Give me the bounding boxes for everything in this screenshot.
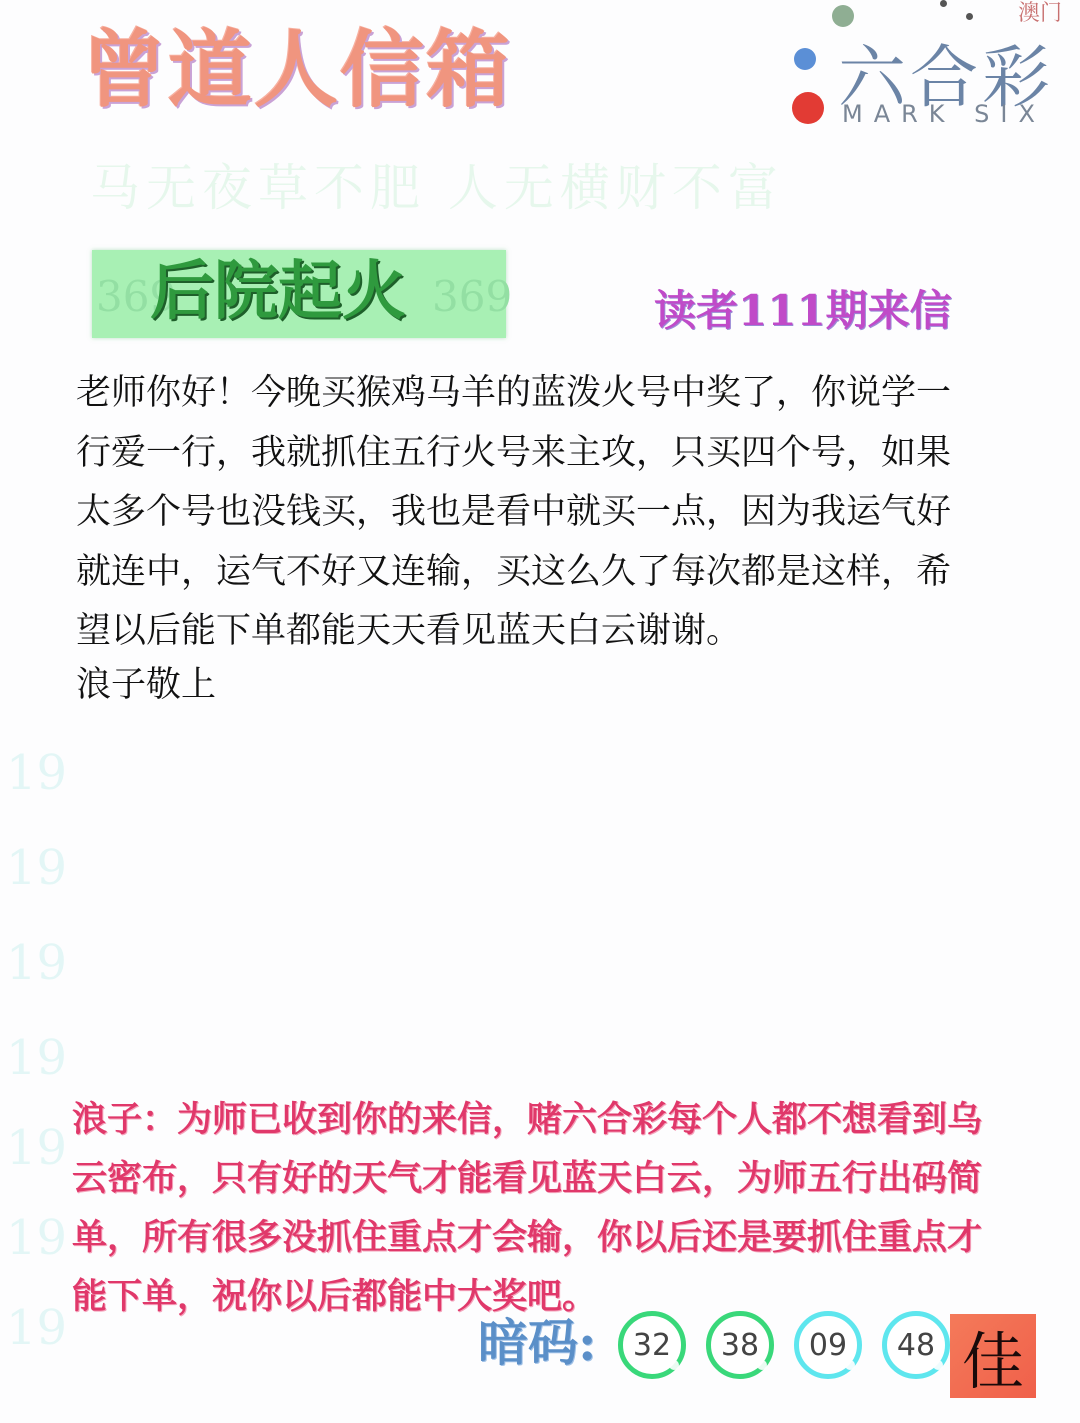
logo-english: MARK SIX: [842, 100, 1046, 128]
letter-line: 行爱一行，我就抓住五行火号来主攻，只买四个号，如果: [76, 424, 1026, 484]
letter-signature: 浪子敬上: [76, 660, 216, 710]
watermark-number: 19: [6, 935, 67, 991]
number-balls: 32 38 09 48: [618, 1311, 962, 1379]
logo-dot-blue-icon: [794, 48, 816, 70]
reply-line: 浪子：为师已收到你的来信，赌六合彩每个人都不想看到乌: [72, 1090, 1037, 1149]
number-ball: 48: [882, 1311, 950, 1379]
number-ball: 32: [618, 1311, 686, 1379]
logo-dot-icon: [940, 0, 947, 7]
reply-line: 云密布，只有好的天气才能看见蓝天白云，为师五行出码简: [72, 1149, 1037, 1208]
number-ball: 38: [706, 1311, 774, 1379]
logo-dot-icon: [966, 13, 973, 20]
mark-six-logo: 澳门 六合彩 MARK SIX: [790, 0, 1080, 140]
letter-line: 太多个号也没钱买，我也是看中就买一点，因为我运气好: [76, 483, 1026, 543]
letter-line: 老师你好！今晚买猴鸡马羊的蓝泼火号中奖了，你说学一: [76, 364, 1026, 424]
banner-label: 后院起火: [150, 260, 406, 324]
letter-line: 就连中，运气不好又连输，买这么久了每次都是这样，希: [76, 543, 1026, 603]
master-reply: 浪子：为师已收到你的来信，赌六合彩每个人都不想看到乌 云密布，只有好的天气才能看…: [72, 1090, 1037, 1326]
faint-subtitle: 马无夜草不肥 人无横财不富: [90, 163, 784, 213]
number-ball: 09: [794, 1311, 862, 1379]
watermark-number: 19: [6, 1300, 67, 1356]
watermark-number: 19: [6, 745, 67, 801]
reader-letter: 老师你好！今晚买猴鸡马羊的蓝泼火号中奖了，你说学一 行爱一行，我就抓住五行火号来…: [76, 364, 1026, 662]
topic-banner: 369 369 后院起火: [92, 250, 506, 338]
logo-top-text: 澳门: [1018, 0, 1062, 27]
reply-line: 单，所有很多没抓住重点才会输，你以后还是要抓住重点才: [72, 1208, 1037, 1267]
stamp-badge: 佳: [950, 1314, 1036, 1398]
page-title: 曾道人信箱: [82, 28, 512, 112]
letter-line: 望以后能下单都能天天看见蓝天白云谢谢。: [76, 602, 1026, 662]
watermark-number: 19: [6, 1210, 67, 1266]
watermark-number: 19: [6, 1120, 67, 1176]
logo-dot-red-icon: [792, 92, 824, 124]
watermark-number: 19: [6, 1030, 67, 1086]
reader-issue: 读者111期来信: [654, 290, 952, 332]
banner-watermark: 369: [432, 272, 512, 321]
secret-code-label: 暗码:: [478, 1318, 596, 1368]
watermark-number: 19: [6, 840, 67, 896]
